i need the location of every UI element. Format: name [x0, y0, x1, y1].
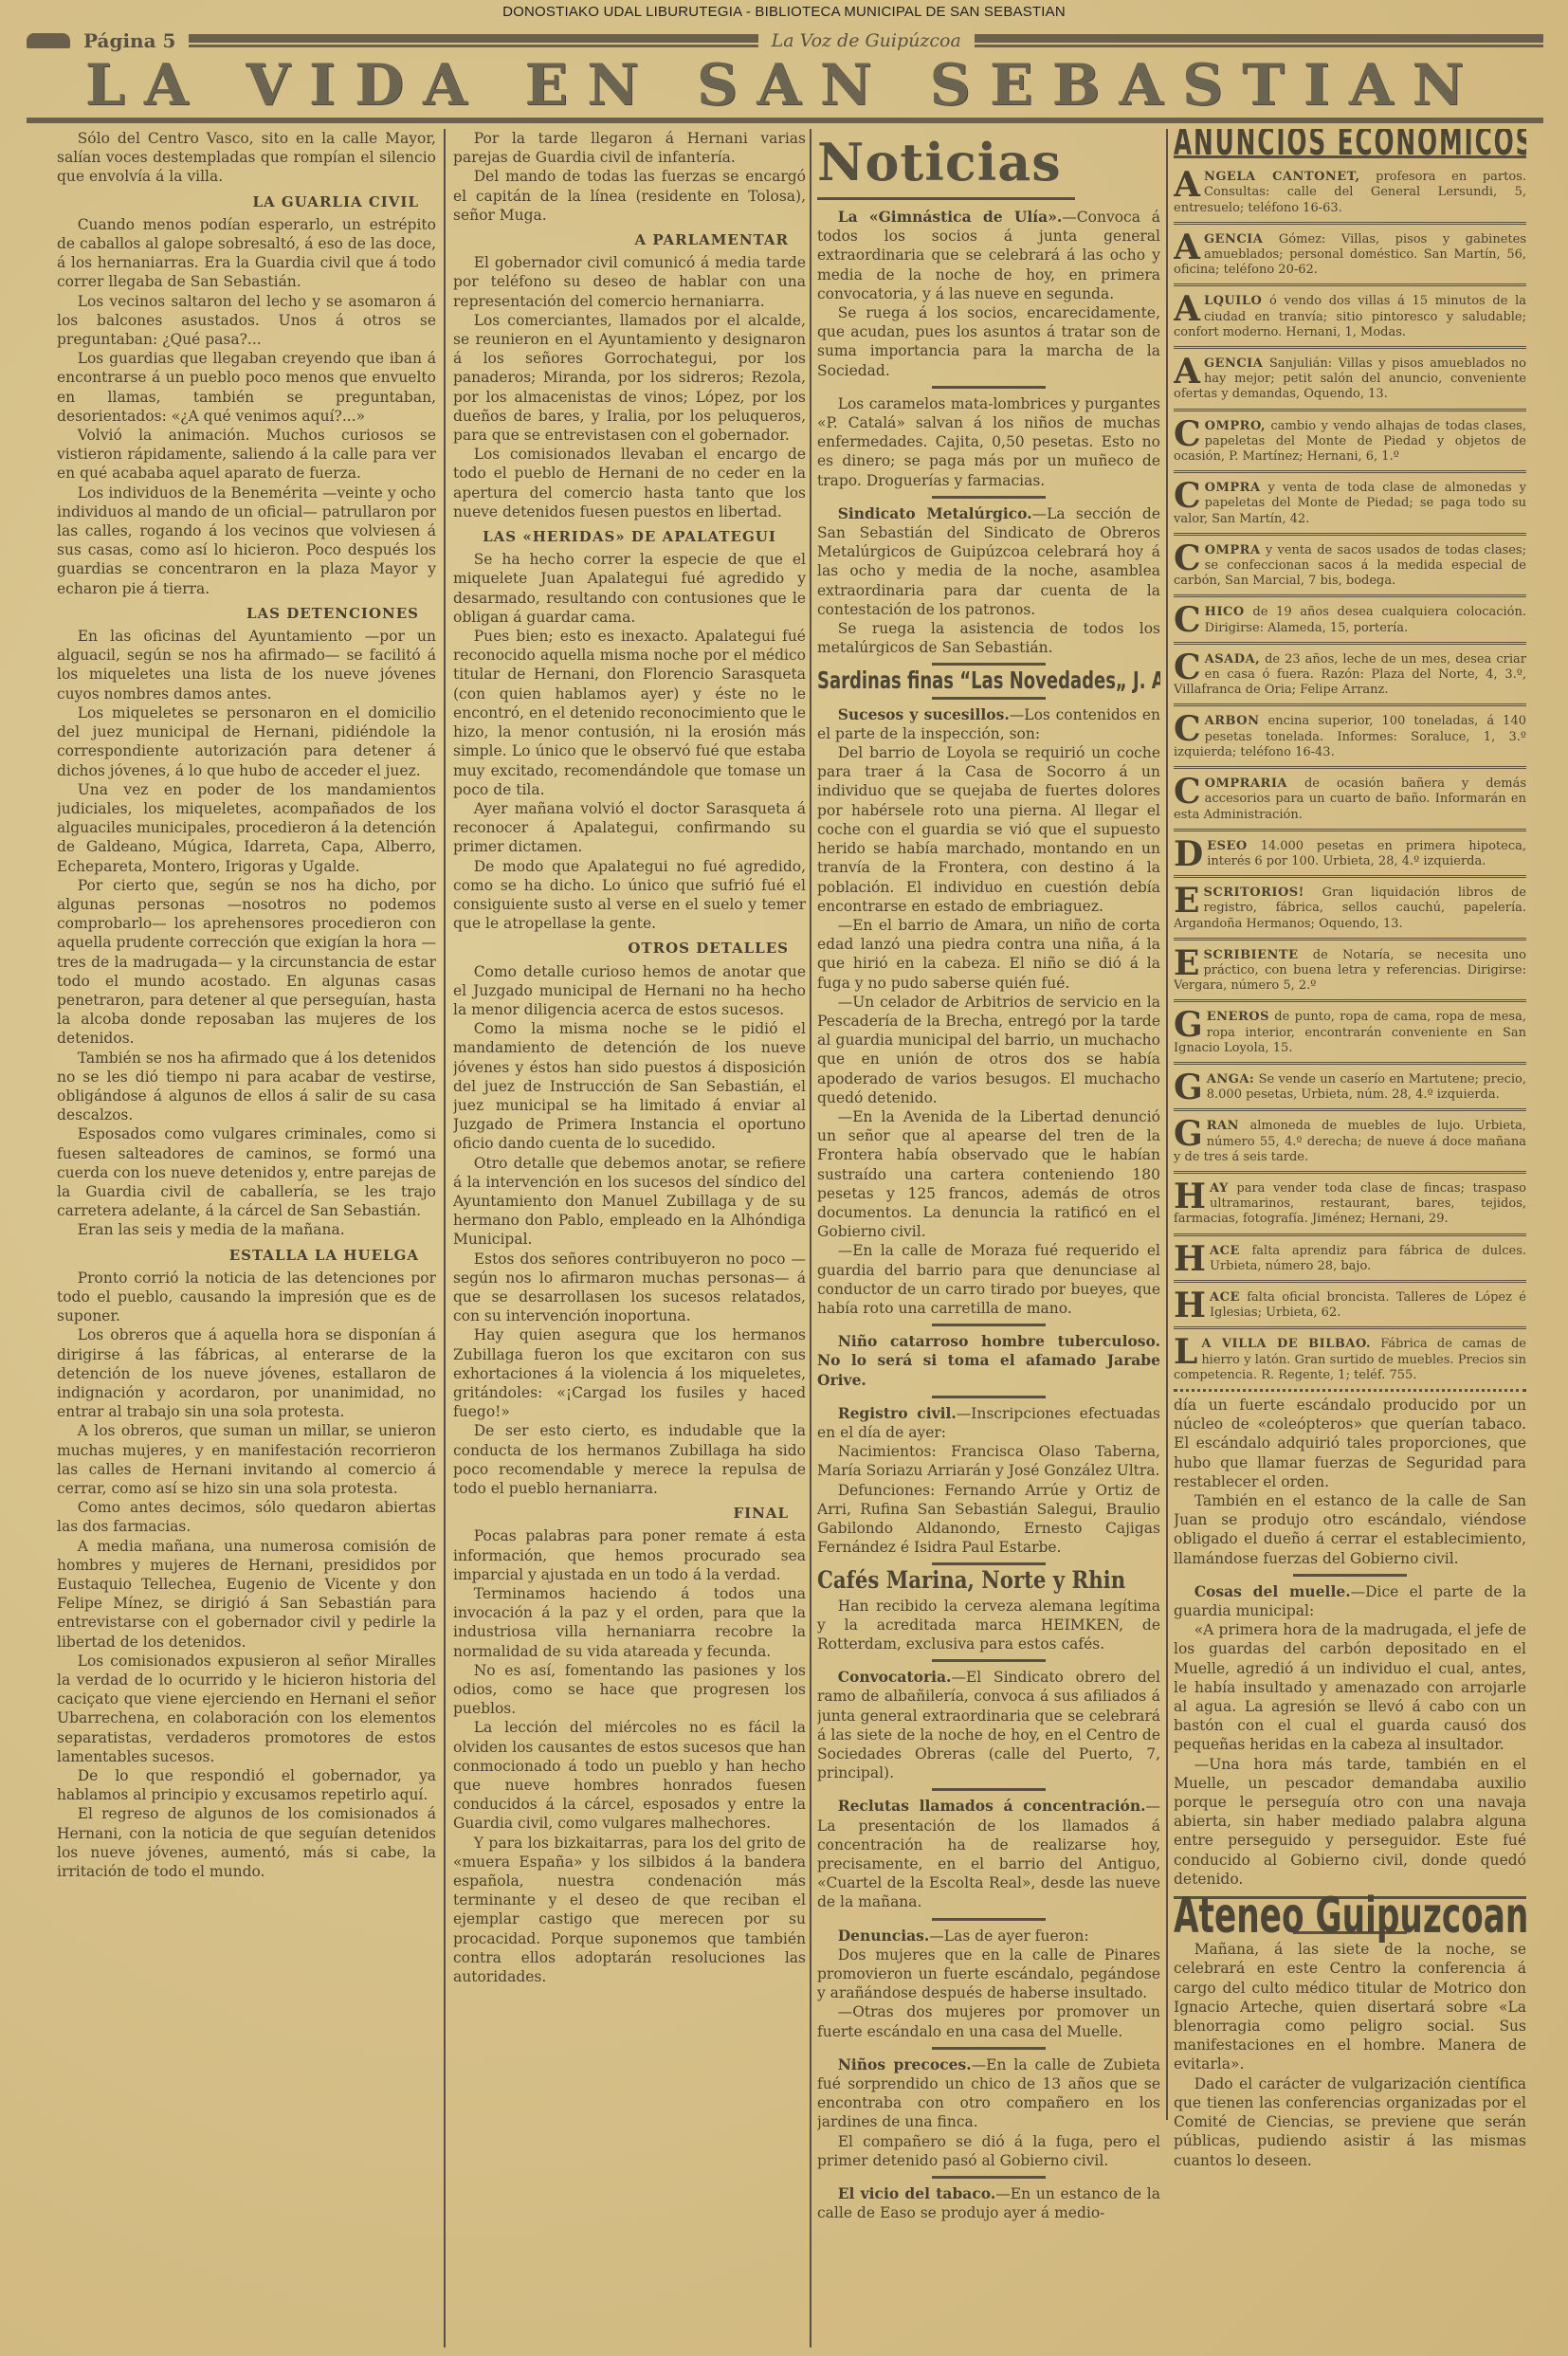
subheading: LAS DETENCIONES: [57, 604, 436, 623]
ad-lead: OMPRARIA: [1205, 776, 1287, 791]
article-paragraph: En las oficinas del Ayuntamiento —por un…: [57, 627, 436, 703]
subheading: LAS «HERIDAS» DE APALATEGUI: [453, 527, 806, 546]
separator-rule: [932, 386, 1046, 389]
ad-lead: ACE: [1210, 1290, 1240, 1305]
article-paragraph: El regreso de algunos de los comisionado…: [57, 1804, 436, 1881]
article-paragraph: Cuando menos podían esperarlo, un estrép…: [57, 215, 436, 292]
news-item: El compañero se dió á la fuga, pero el p…: [817, 2132, 1160, 2170]
classified-ad: LA VILLA DE BILBAO. Fábrica de camas de …: [1174, 1333, 1526, 1392]
advert-text: Han recibido la cerveza alemana legítima…: [817, 1598, 1160, 1653]
news-text: Dos mujeres que en la calle de Pinares p…: [817, 1946, 1160, 2001]
article-paragraph: Esposados como vulgares criminales, como…: [57, 1124, 436, 1220]
ad-lead: SCRIBIENTE: [1203, 948, 1298, 962]
news-item: Niños precoces.—En la calle de Zubieta f…: [817, 2055, 1160, 2132]
subheading: FINAL: [453, 1504, 806, 1523]
news-item: —En el barrio de Amara, un niño de corta…: [817, 916, 1160, 993]
section-rule: [817, 197, 1075, 200]
news-item: Del barrio de Loyola se requirió un coch…: [817, 743, 1160, 916]
drop-cap: G: [1174, 1011, 1203, 1039]
ad-lead: ESEO: [1207, 839, 1248, 853]
ad-text: falta aprendiz para fábrica de dulces. U…: [1210, 1244, 1526, 1273]
section-title: Ateneo Guipuzcoano: [1174, 1907, 1407, 1926]
classified-ad: DESEO 14.000 pesetas en primera hipoteca…: [1174, 835, 1526, 878]
news-item: Se ruega la asistencia de todos los meta…: [817, 619, 1160, 657]
article-paragraph: Por cierto que, según se nos ha dicho, p…: [57, 876, 436, 1049]
news-lead: Sucesos y sucesillos.: [838, 705, 1010, 723]
article-paragraph: El gobernador civil comunicó á media tar…: [453, 253, 806, 311]
ad-lead: LQUILO: [1204, 294, 1262, 308]
drop-cap: A: [1174, 357, 1200, 386]
news-item: Denuncias.—Las de ayer fueron:: [817, 1927, 1160, 1945]
column-2: Por la tarde llegaron á Hernani varias p…: [453, 129, 806, 2348]
separator-rule: [932, 663, 1046, 666]
article-paragraph: Los comisionados expusieron al señor Mir…: [57, 1652, 436, 1766]
news-text: —En la calle de Moraza fué requerido el …: [817, 1242, 1160, 1317]
news-item: —Un celador de Arbitrios de servicio en …: [817, 993, 1160, 1107]
news-text: —Otras dos mujeres por promover un fuert…: [817, 2003, 1160, 2039]
article-paragraph: Dado el carácter de vulgarización cientí…: [1174, 2074, 1526, 2170]
drop-cap: H: [1174, 1245, 1206, 1273]
article-paragraph: A media mañana, una numerosa comisión de…: [57, 1537, 436, 1652]
separator-rule: [932, 1396, 1046, 1398]
article-paragraph: Por la tarde llegaron á Hernani varias p…: [453, 129, 806, 167]
article-paragraph: También en el estanco de la calle de San…: [1174, 1491, 1526, 1568]
news-text: —En la Avenida de la Libertad denunció u…: [817, 1108, 1160, 1240]
drop-cap: H: [1174, 1291, 1206, 1320]
column-divider: [810, 129, 811, 2347]
article-paragraph: De lo que respondió el gobernador, ya ha…: [57, 1766, 436, 1804]
article-paragraph: Pues bien; esto es inexacto. Apalategui …: [453, 627, 806, 799]
article-paragraph: También se nos ha afirmado que á los det…: [57, 1049, 436, 1125]
news-item: Niño catarroso hombre tuberculoso. No lo…: [817, 1332, 1160, 1390]
article-paragraph: Y para los bizkaitarras, para los del gr…: [453, 1834, 806, 1987]
ad-lead: OMPRO,: [1205, 419, 1266, 433]
archive-banner: DONOSTIAKO UDAL LIBURUTEGIA - BIBLIOTECA…: [0, 4, 1568, 20]
article-paragraph: Los miqueletes se personaron en el domic…: [57, 703, 436, 780]
article-paragraph: Los individuos de la Benemérita —veinte …: [57, 484, 436, 598]
separator-rule: [932, 2047, 1046, 2050]
news-item: Han recibido la cerveza alemana legítima…: [817, 1597, 1160, 1654]
news-text: Defunciones: Fernando Arrúe y Ortiz de A…: [817, 1482, 1160, 1557]
separator-rule: [932, 496, 1046, 499]
advert-headline: Sardinas finas “Las Novedades„ J. Ansola: [817, 671, 1065, 690]
news-lead: La «Gimnástica de Ulía».: [838, 208, 1063, 226]
news-text: —Las de ayer fueron:: [929, 1927, 1088, 1945]
masthead-rule: [975, 34, 1543, 47]
news-lead: Convocatoria.: [838, 1668, 952, 1686]
news-text: Del barrio de Loyola se requirió un coch…: [817, 744, 1160, 915]
news-item: Nacimientos: Francisca Olaso Taberna, Ma…: [817, 1442, 1160, 1480]
article-paragraph: La lección del miércoles no es fácil la …: [453, 1718, 806, 1833]
classified-ad: HACE falta oficial broncista. Talleres d…: [1174, 1287, 1526, 1329]
news-text: —Un celador de Arbitrios de servicio en …: [817, 994, 1160, 1106]
ad-lead: GENCIA: [1204, 232, 1263, 247]
drop-cap: A: [1174, 233, 1200, 262]
ad-text: 14.000 pesetas en primera hipoteca, inte…: [1207, 839, 1526, 868]
ad-lead: HICO: [1205, 605, 1245, 619]
separator-rule: [932, 1788, 1046, 1791]
news-lead: Reclutas llamados á concentración.: [838, 1797, 1146, 1815]
classified-ad: HAY para vender toda clase de fincas; tr…: [1174, 1178, 1526, 1236]
classified-ad: GENEROS de punto, ropa de cama, ropa de …: [1174, 1006, 1526, 1065]
news-item: —Una hora más tarde, también en el Muell…: [1174, 1755, 1526, 1889]
article-paragraph: Eran las seis y media de la mañana.: [57, 1220, 436, 1239]
title-rule: [27, 118, 1543, 123]
ad-lead: SCRITORIOS!: [1203, 886, 1304, 900]
news-item: Convocatoria.—El Sindicato obrero del ra…: [817, 1668, 1160, 1782]
subheading: A PARLAMENTAR: [453, 230, 806, 249]
article-paragraph: Hay quien asegura que los hermanos Zubil…: [453, 1325, 806, 1421]
advert-text: Niño catarroso hombre tuberculoso. No lo…: [817, 1332, 1160, 1388]
article-paragraph: Como antes decimos, sólo quedaron abiert…: [57, 1498, 436, 1536]
article-paragraph: A los obreros, que suman un millar, se u…: [57, 1421, 436, 1498]
subheading: LA GUARLIA CIVIL: [57, 192, 436, 211]
article-paragraph: Sólo del Centro Vasco, sito en la calle …: [57, 129, 436, 187]
article-paragraph: Como la misma noche se le pidió el manda…: [453, 1019, 806, 1153]
ad-lead: ANGA:: [1207, 1072, 1254, 1087]
drop-cap: C: [1174, 482, 1201, 510]
article-paragraph: Se ha hecho correr la especie de que el …: [453, 550, 806, 627]
separator-rule: [932, 1562, 1046, 1565]
ad-lead: ARBON: [1205, 714, 1260, 728]
article-paragraph: De ser esto cierto, es indudable que la …: [453, 1421, 806, 1498]
article-paragraph: Los obreros que á aquella hora se dispon…: [57, 1325, 436, 1421]
news-item: Defunciones: Fernando Arrúe y Ortiz de A…: [817, 1481, 1160, 1558]
separator-rule: [1293, 1574, 1407, 1577]
news-lead: El vicio del tabaco.: [838, 2184, 996, 2202]
classifieds-title: ANUNCIOS ECONOMICOS: [1174, 133, 1393, 152]
drop-cap: C: [1174, 606, 1201, 634]
article-paragraph: Pocas palabras para poner remate á esta …: [453, 1526, 806, 1584]
drop-cap: D: [1174, 840, 1203, 868]
ad-lead: GENCIA: [1204, 356, 1263, 371]
news-item: La «Gimnástica de Ulía».—Convoca á todos…: [817, 208, 1160, 303]
subheading: OTROS DETALLES: [453, 939, 806, 958]
news-item: Se ruega á los socios, encarecidamente, …: [817, 303, 1160, 380]
separator-rule: [932, 697, 1046, 700]
classified-ad: GANGA: Se vende un caserío en Martutene;…: [1174, 1068, 1526, 1111]
news-lead: Registro civil.: [838, 1404, 957, 1422]
news-text: Los caramelos mata-lombrices y purgantes…: [817, 395, 1160, 489]
news-text: «A primera hora de la madrugada, el jefe…: [1174, 1621, 1526, 1753]
article-paragraph: Pronto corrió la noticia de las detencio…: [57, 1269, 436, 1326]
article-paragraph: No es así, fomentando las pasiones y los…: [453, 1661, 806, 1719]
drop-cap: L: [1174, 1338, 1197, 1366]
news-item: —En la Avenida de la Libertad denunció u…: [817, 1107, 1160, 1241]
news-text: Nacimientos: Francisca Olaso Taberna, Ma…: [817, 1443, 1160, 1479]
ornament-icon: [27, 33, 70, 48]
news-item: «A primera hora de la madrugada, el jefe…: [1174, 1620, 1526, 1754]
news-lead: Cosas del muelle.: [1194, 1582, 1351, 1600]
separator-rule: [932, 1659, 1046, 1662]
ad-text: Se vende un caserío en Martutene; precio…: [1207, 1072, 1526, 1102]
masthead-rule: [189, 34, 757, 47]
classified-ad: COMPRA y venta de sacos usados de todas …: [1174, 539, 1526, 598]
news-item: Registro civil.—Inscripciones efectuadas…: [817, 1404, 1160, 1442]
ad-lead: OMPRA: [1205, 481, 1261, 495]
ad-lead: A VILLA DE BILBAO.: [1201, 1337, 1371, 1351]
news-lead: Niños precoces.: [838, 2055, 972, 2073]
separator-rule: [932, 1918, 1046, 1921]
article-paragraph: Como detalle curioso hemos de anotar que…: [453, 962, 806, 1020]
ad-lead: OMPRA: [1205, 543, 1261, 557]
drop-cap: H: [1174, 1182, 1206, 1211]
classified-ad: CARBON encina superior, 100 toneladas, á…: [1174, 710, 1526, 769]
news-lead: Denuncias.: [838, 1927, 930, 1945]
drop-cap: E: [1174, 949, 1199, 977]
article-paragraph: Terminamos haciendo á todos una invocaci…: [453, 1584, 806, 1661]
news-item: —Otras dos mujeres por promover un fuert…: [817, 2002, 1160, 2040]
news-item: —En la calle de Moraza fué requerido el …: [817, 1241, 1160, 1318]
article-paragraph: Los guardias que llegaban creyendo que i…: [57, 349, 436, 426]
classified-ad: HACE falta aprendiz para fábrica de dulc…: [1174, 1240, 1526, 1283]
separator-rule: [932, 1324, 1046, 1326]
section-title: Noticias: [817, 133, 1160, 192]
classified-ad: ALQUILO ó vendo dos villas á 15 minutos …: [1174, 290, 1526, 349]
article-paragraph: Estos dos señores contribuyeron no poco …: [453, 1250, 806, 1326]
drop-cap: G: [1174, 1073, 1203, 1102]
news-text: Se ruega la asistencia de todos los meta…: [817, 620, 1160, 656]
ad-lead: AY: [1210, 1181, 1229, 1196]
ad-lead: NGELA CANTONET,: [1204, 170, 1360, 184]
news-text: Se ruega á los socios, encarecidamente, …: [817, 304, 1160, 379]
classified-ad: CHICO de 19 años desea cualquiera coloca…: [1174, 601, 1526, 644]
ad-lead: ASADA,: [1205, 652, 1260, 667]
news-item: Sucesos y sucesillos.—Los contenidos en …: [817, 705, 1160, 743]
separator-rule: [932, 2176, 1046, 2179]
article-paragraph: día un fuerte escándalo producido por un…: [1174, 1396, 1526, 1491]
news-item: Los caramelos mata-lombrices y purgantes…: [817, 394, 1160, 490]
article-paragraph: Del mando de todas las fuerzas se encarg…: [453, 167, 806, 225]
article-paragraph: De modo que Apalategui no fué agredido, …: [453, 857, 806, 934]
news-item: Cosas del muelle.—Dice el parte de la gu…: [1174, 1582, 1526, 1620]
drop-cap: C: [1174, 544, 1201, 573]
article-paragraph: Volvió la animación. Muchos curiosos se …: [57, 426, 436, 484]
page-number: Página 5: [83, 29, 175, 52]
classified-ad: COMPRARIA de ocasión bañera y demás acce…: [1174, 773, 1526, 831]
drop-cap: E: [1174, 886, 1199, 915]
classified-ad: CASADA, de 23 años, leche de un mes, des…: [1174, 648, 1526, 707]
column-4-anuncios: ANUNCIOS ECONOMICOS ANGELA CANTONET, pro…: [1174, 129, 1526, 2348]
drop-cap: C: [1174, 653, 1201, 682]
column-divider: [1166, 129, 1168, 2120]
column-3-noticias: Noticias La «Gimnástica de Ulía».—Convoc…: [817, 129, 1160, 2348]
drop-cap: C: [1174, 715, 1201, 743]
column-divider: [444, 129, 446, 2347]
subheading: ESTALLA LA HUELGA: [57, 1246, 436, 1265]
news-text: —Una hora más tarde, también en el Muell…: [1174, 1756, 1526, 1888]
classified-ad: AGENCIA Gómez: Villas, pisos y gabinetes…: [1174, 228, 1526, 287]
news-text: El compañero se dió á la fuga, pero el p…: [817, 2133, 1160, 2169]
ad-lead: RAN: [1207, 1119, 1239, 1133]
news-item: Dos mujeres que en la calle de Pinares p…: [817, 1945, 1160, 2003]
column-1: Sólo del Centro Vasco, sito en la calle …: [57, 129, 436, 2348]
classified-ad: COMPRO, cambio y vendo alhajas de todas …: [1174, 415, 1526, 474]
classified-ad: AGENCIA Sanjulián: Villas y pisos amuebl…: [1174, 353, 1526, 411]
drop-cap: C: [1174, 420, 1201, 448]
drop-cap: A: [1174, 171, 1200, 199]
news-item: Sindicato Metalúrgico.—La sección de San…: [817, 504, 1160, 619]
page-title: LA VIDA EN SAN SEBASTIAN: [23, 57, 1545, 114]
article-paragraph: Los comisionados llevaban el encargo de …: [453, 445, 806, 521]
article-paragraph: Los vecinos saltaron del lecho y se asom…: [57, 292, 436, 350]
article-paragraph: Una vez en poder de los mandamientos jud…: [57, 780, 436, 876]
news-lead: Sindicato Metalúrgico.: [838, 504, 1032, 522]
newspaper-name: La Voz de Guipúzcoa: [772, 30, 961, 51]
ad-lead: ENEROS: [1207, 1010, 1269, 1024]
advert-headline: Cafés Marina, Norte y Rhin: [817, 1571, 1109, 1590]
ad-text: falta oficial broncista. Talleres de Lóp…: [1210, 1290, 1526, 1320]
classified-ad: COMPRA y venta de toda clase de almoneda…: [1174, 477, 1526, 536]
drop-cap: C: [1174, 777, 1201, 806]
news-item: El vicio del tabaco.—En un estanco de la…: [817, 2184, 1160, 2222]
news-item: Reclutas llamados á concentración.—La pr…: [817, 1797, 1160, 1911]
article-paragraph: Ayer mañana volvió el doctor Sarasqueta …: [453, 799, 806, 857]
article-paragraph: Otro detalle que debemos anotar, se refi…: [453, 1154, 806, 1250]
article-paragraph: Mañana, á las siete de la noche, se cele…: [1174, 1940, 1526, 2073]
drop-cap: G: [1174, 1120, 1203, 1148]
classified-ad: ESCRITORIOS! Gran liquidación libros de …: [1174, 882, 1526, 941]
drop-cap: A: [1174, 295, 1200, 323]
ad-text: de 19 años desea cualquiera colocación. …: [1205, 605, 1526, 634]
ad-lead: ACE: [1210, 1244, 1240, 1258]
article-paragraph: Los comerciantes, llamados por el alcald…: [453, 311, 806, 445]
masthead: Página 5 La Voz de Guipúzcoa: [27, 27, 1543, 55]
news-text: —En el barrio de Amara, un niño de corta…: [817, 917, 1160, 992]
classified-ad: ANGELA CANTONET, profesora en partos. Co…: [1174, 166, 1526, 225]
classified-ad: ESCRIBIENTE de Notaría, se necesita uno …: [1174, 944, 1526, 1003]
classified-ad: GRAN almoneda de muebles de lujo. Urbiet…: [1174, 1115, 1526, 1174]
